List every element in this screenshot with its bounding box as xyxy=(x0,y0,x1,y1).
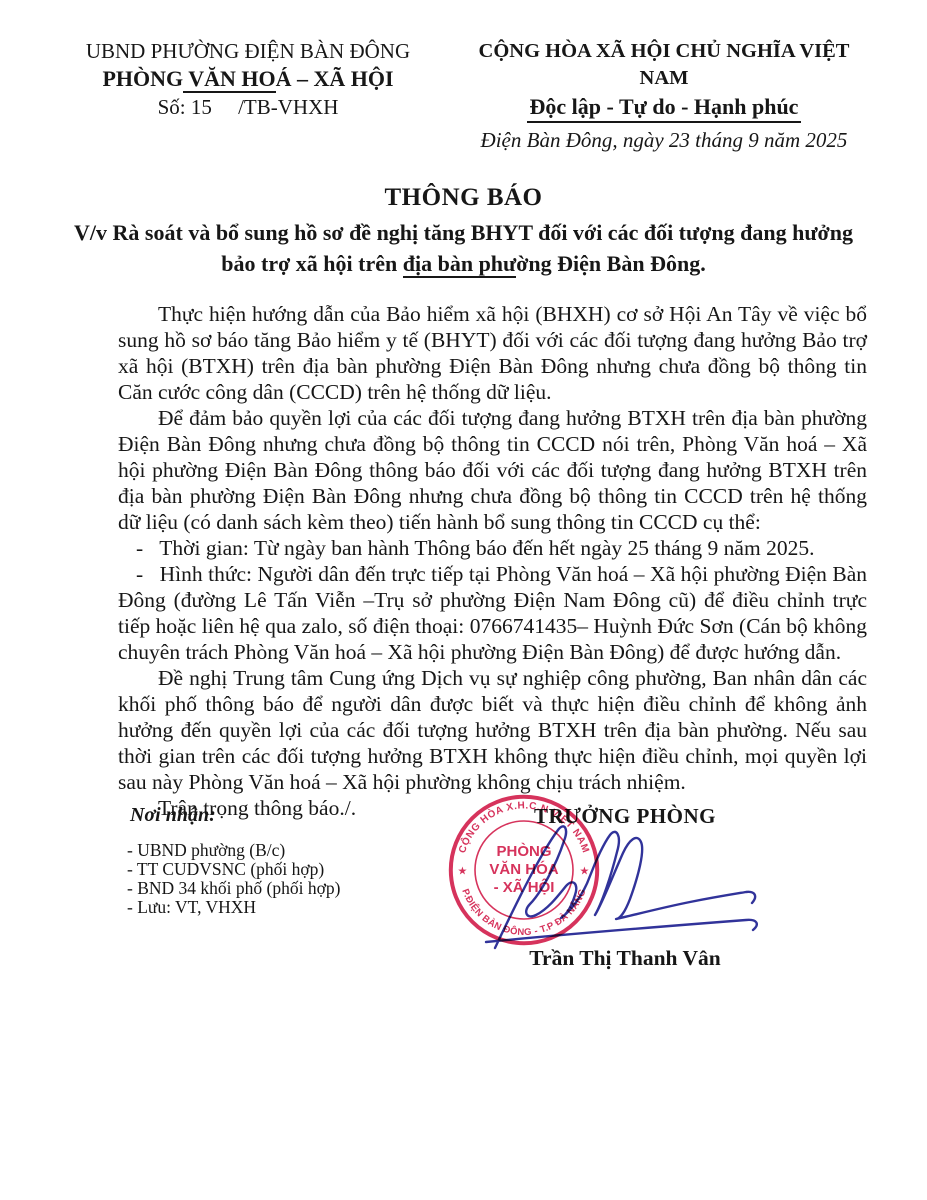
paragraph: Thực hiện hướng dẫn của Bảo hiểm xã hội … xyxy=(118,301,867,405)
bullet-item: - Hình thức: Người dân đến trực tiếp tại… xyxy=(118,561,867,665)
org-parent-line: UBND PHƯỜNG ĐIỆN BÀN ĐÔNG xyxy=(60,38,436,65)
title-block: THÔNG BÁO V/v Rà soát và bổ sung hồ sơ đ… xyxy=(0,184,927,279)
national-motto-line2-wrap: Độc lập - Tự do - Hạnh phúc xyxy=(462,93,866,123)
star-icon: ★ xyxy=(458,866,468,878)
recipients-block: - UBND phường (B/c) - TT CUDVSNC (phối h… xyxy=(127,841,340,917)
subject-line1: V/v Rà soát và bổ sung hồ sơ đề nghị tăn… xyxy=(74,220,853,245)
recipient-item: - Lưu: VT, VHXH xyxy=(127,898,340,917)
doc-number-line: Số: 15 /TB-VHXH xyxy=(60,94,436,121)
org-name-line: PHÒNG VĂN HOÁ – XÃ HỘI xyxy=(60,65,436,92)
paragraph: Đề nghị Trung tâm Cung ứng Dịch vụ sự ng… xyxy=(118,665,867,795)
recipient-item: - TT CUDVSNC (phối hợp) xyxy=(127,860,340,879)
signature-underline-stroke xyxy=(486,920,757,942)
org-name-pre: PHÒNG xyxy=(102,66,183,91)
paragraph: Để đảm bảo quyền lợi của các đối tượng đ… xyxy=(118,405,867,535)
signer-name: Trần Thị Thanh Vân xyxy=(480,946,770,971)
place-date-line: Điện Bàn Đông, ngày 23 tháng 9 năm 2025 xyxy=(462,127,866,154)
recipient-item: - BND 34 khối phố (phối hợp) xyxy=(127,879,340,898)
org-name-post: Á – XÃ HỘI xyxy=(276,66,394,91)
body-text: Thực hiện hướng dẫn của Bảo hiểm xã hội … xyxy=(118,301,867,821)
org-name-underlined: VĂN HO xyxy=(183,66,276,93)
document-page: UBND PHƯỜNG ĐIỆN BÀN ĐÔNG PHÒNG VĂN HOÁ … xyxy=(0,0,927,1200)
document-header: UBND PHƯỜNG ĐIỆN BÀN ĐÔNG PHÒNG VĂN HOÁ … xyxy=(0,0,927,154)
subject-line2-post: ờng Điện Bàn Đông. xyxy=(516,251,705,276)
notice-subject: V/v Rà soát và bổ sung hồ sơ đề nghị tăn… xyxy=(0,217,927,279)
notice-heading: THÔNG BÁO xyxy=(0,184,927,212)
subject-line2-underlined: địa bàn phư xyxy=(403,251,517,278)
handwritten-signature-icon xyxy=(478,814,778,962)
recipients-title: Nơi nhận: xyxy=(130,804,216,827)
national-header-block: CỘNG HÒA XÃ HỘI CHỦ NGHĨA VIỆT NAM Độc l… xyxy=(462,38,866,154)
subject-line2-pre: bảo trợ xã hội trên xyxy=(221,251,402,276)
national-motto-line2: Độc lập - Tự do - Hạnh phúc xyxy=(527,93,802,123)
recipient-item: - UBND phường (B/c) xyxy=(127,841,340,860)
issuing-org-block: UBND PHƯỜNG ĐIỆN BÀN ĐÔNG PHÒNG VĂN HOÁ … xyxy=(60,38,436,154)
bullet-item: - Thời gian: Từ ngày ban hành Thông báo … xyxy=(118,535,867,561)
national-motto-line1: CỘNG HÒA XÃ HỘI CHỦ NGHĨA VIỆT NAM xyxy=(462,38,866,92)
